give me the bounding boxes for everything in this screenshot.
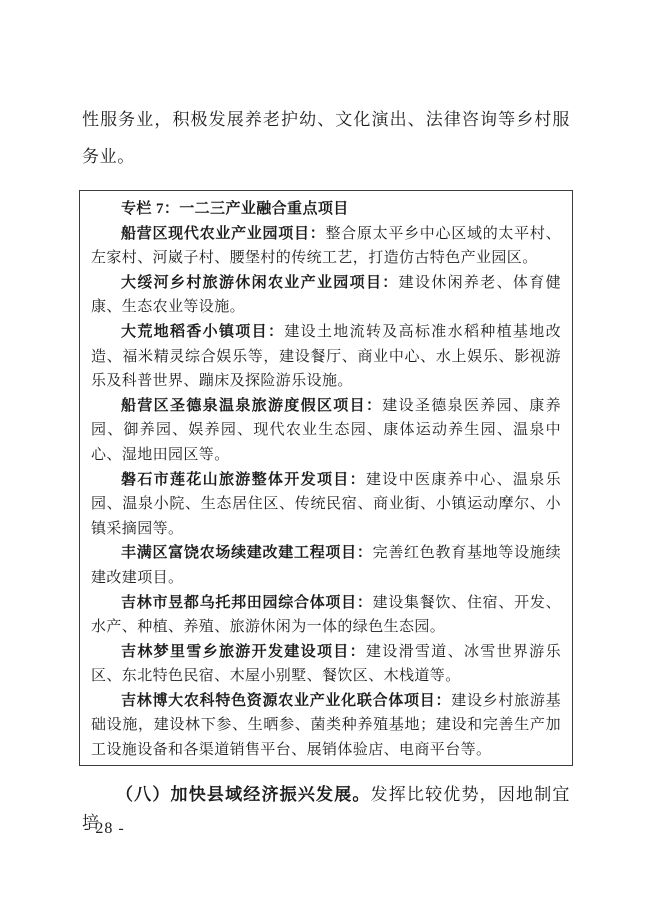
box-item: 船营区现代农业产业园项目：整合原太平乡中心区域的太平村、左家村、河崴子村、腰堡村…: [91, 222, 561, 271]
box-item: 大荒地稻香小镇项目：建设土地流转及高标准水稻种植基地改造、福米精灵综合娱乐等，建…: [91, 320, 561, 394]
box-item: 吉林梦里雪乡旅游开发建设项目：建设滑雪道、冰雪世界游乐区、东北特色民宿、木屋小别…: [91, 640, 561, 689]
top-paragraph-text: 性服务业，积极发展养老护幼、文化演出、法律咨询等乡村服务业。: [82, 110, 570, 166]
box-item: 吉林博大农科特色资源农业产业化联合体项目：建设乡村旅游基础设施，建设林下参、生晒…: [91, 689, 561, 763]
project-name: 丰满区富饶农场续建改建工程项目：: [121, 545, 373, 561]
box-item: 吉林市昱都乌托邦田园综合体项目：建设集餐饮、住宿、开发、水产、种植、养殖、旅游休…: [91, 591, 561, 640]
project-name: 船营区圣德泉温泉旅游度假区项目：: [121, 398, 382, 414]
project-name: 吉林博大农科特色资源农业产业化联合体项目：: [121, 693, 451, 709]
project-name: 船营区现代农业产业园项目：: [121, 226, 325, 242]
project-name: 吉林梦里雪乡旅游开发建设项目：: [121, 644, 366, 660]
project-name: 磐石市莲花山旅游整体开发项目：: [121, 472, 366, 488]
project-name: 大绥河乡村旅游休闲农业产业园项目：: [121, 275, 399, 291]
document-page: 性服务业，积极发展养老护幼、文化演出、法律咨询等乡村服务业。 专栏 7：一二三产…: [0, 0, 650, 919]
feature-box-title: 专栏 7：一二三产业融合重点项目: [91, 197, 561, 222]
project-name: 大荒地稻香小镇项目：: [121, 324, 284, 340]
feature-box: 专栏 7：一二三产业融合重点项目 船营区现代农业产业园项目：整合原太平乡中心区域…: [79, 190, 573, 766]
page-number: - 28 -: [84, 820, 125, 838]
top-paragraph: 性服务业，积极发展养老护幼、文化演出、法律咨询等乡村服务业。: [82, 101, 570, 175]
bottom-paragraph: （八）加快县域经济振兴发展。发挥比较优势，因地制宜培: [82, 781, 570, 837]
box-item: 船营区圣德泉温泉旅游度假区项目：建设圣德泉医养园、康养园、御养园、娱养园、现代农…: [91, 394, 561, 468]
box-item: 丰满区富饶农场续建改建工程项目：完善红色教育基地等设施续建改建项目。: [91, 541, 561, 590]
section-heading: （八）加快县域经济振兴发展。: [116, 785, 371, 804]
project-name: 吉林市昱都乌托邦田园综合体项目：: [121, 595, 373, 611]
box-item: 磐石市莲花山旅游整体开发项目：建设中医康养中心、温泉乐园、温泉小院、生态居住区、…: [91, 468, 561, 542]
box-item: 大绥河乡村旅游休闲农业产业园项目：建设休闲养老、体育健康、生态农业等设施。: [91, 271, 561, 320]
